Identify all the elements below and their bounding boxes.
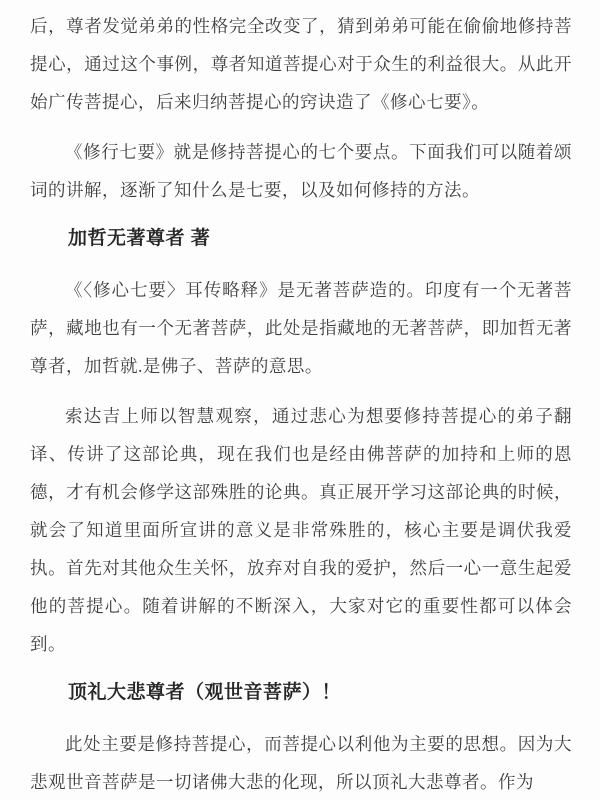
document-page: 后，尊者发觉弟弟的性格完全改变了，猜到弟弟可能在偷偷地修持菩提心，通过这个事例，… [0,0,600,800]
paragraph-author-explanation: 《〈修心七要〉耳传略释》是无著菩萨造的。印度有一个无著菩萨，藏地也有一个无著菩萨… [30,271,572,385]
author-heading: 加哲无著尊者 著 [30,225,572,253]
paragraph-seven-points-intro: 《修行七要》就是修持菩提心的七个要点。下面我们可以随着颂词的讲解，逐渐了知什么是… [30,133,572,209]
paragraph-teacher-transmission: 索达吉上师以智慧观察，通过悲心为想要修持菩提心的弟子翻译、传讲了这部论典，现在我… [30,397,572,663]
homage-heading: 顶礼大悲尊者（观世音菩萨）！ [30,679,572,707]
paragraph-continuation: 后，尊者发觉弟弟的性格完全改变了，猜到弟弟可能在偷偷地修持菩提心，通过这个事例，… [30,7,572,121]
paragraph-homage-explanation: 此处主要是修持菩提心，而菩提心以利他为主要的思想。因为大悲观世音菩萨是一切诸佛大… [30,725,572,800]
